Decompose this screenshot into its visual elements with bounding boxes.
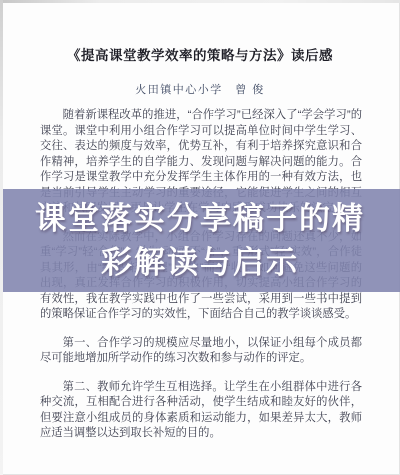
banner-title-line2: 彩解读与启示	[101, 241, 299, 285]
paragraph-point-2: 第二、教师允许学生互相选择。让学生在小组群体中进行各种交流，互相配合进行各种活动…	[40, 380, 362, 442]
banner-title-line1: 课堂落实分享稿子的精	[35, 197, 365, 241]
paragraph-point-1: 第一、合作学习的规模应尽量地小，以保证小组每个成员都尽可能地增加所学动作的练习次…	[40, 336, 362, 367]
watermark-banner: 课堂落实分享稿子的精 彩解读与启示	[0, 189, 400, 292]
page-title: 《提高课堂教学效率的策略与方法》读后感	[30, 44, 370, 64]
byline: 火田镇中心小学 曾 俊	[0, 81, 400, 97]
document-page: 《提高课堂教学效率的策略与方法》读后感 火田镇中心小学 曾 俊 随着新课程改革的…	[0, 0, 400, 475]
